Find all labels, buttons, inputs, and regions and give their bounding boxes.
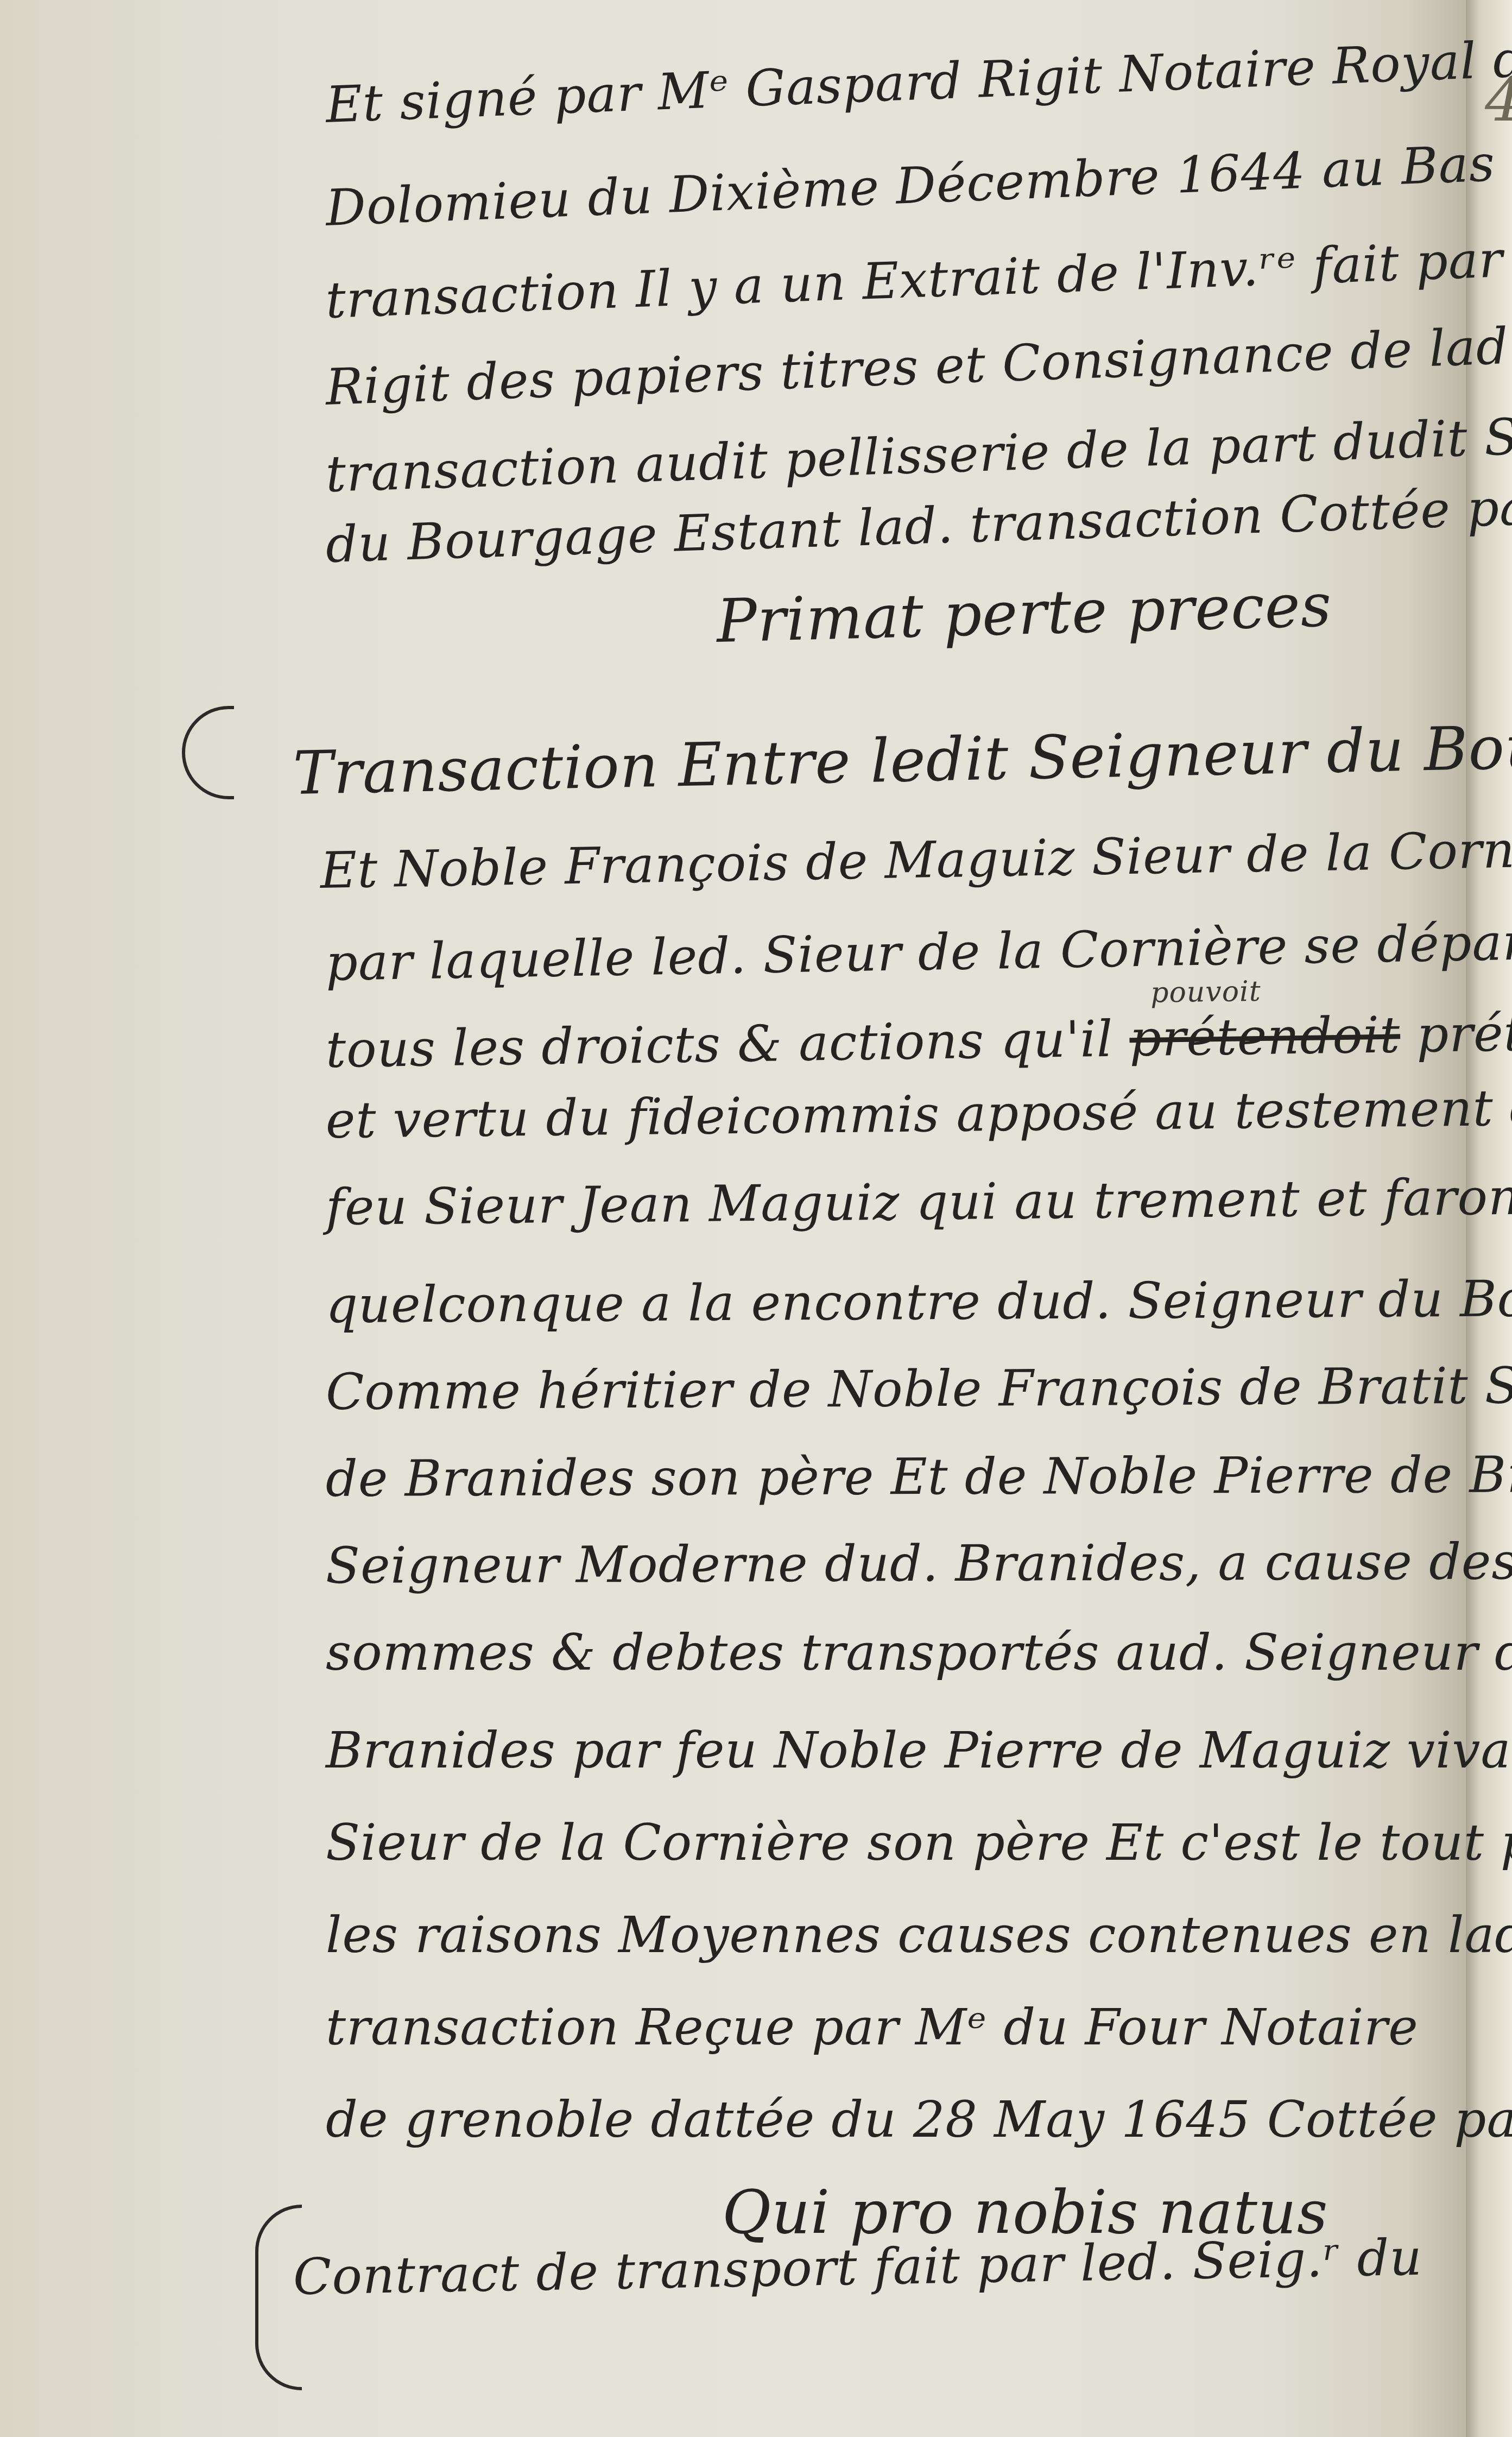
text-line: Branides par feu Noble Pierre de Maguiz … (326, 1721, 1512, 1779)
inserted-word: pouvoit (1150, 975, 1261, 1009)
text-line: de Branides son père Et de Noble Pierre … (326, 1445, 1512, 1508)
text-line: les raisons Moyennes causes contenues en… (326, 1906, 1512, 1964)
text-fragment: tous les droicts & actions qu'il (325, 1010, 1114, 1079)
text-line: feu Sieur Jean Maguiz qui au trement et … (326, 1168, 1512, 1236)
text-line: Sieur de la Cornière son père Et c'est l… (326, 1814, 1512, 1872)
text-line: et vertu du fideicommis apposé au testem… (325, 1078, 1512, 1150)
text-line: de grenoble dattée du 28 May 1645 Cottée… (326, 2091, 1512, 2149)
text-line: Seigneur Moderne dud. Branides, a cause … (326, 1532, 1512, 1595)
text-line: quelconque a la encontre dud. Seigneur d… (326, 1269, 1512, 1334)
correction: pouvoit prétendoit (1129, 1006, 1417, 1068)
text-line: transaction Reçue par Mᵉ du Four Notaire (326, 1998, 1419, 2056)
text-fragment: prétendre (1416, 1002, 1512, 1064)
text-line: Comme héritier de Noble François de Brat… (326, 1356, 1512, 1421)
text-line: sommes & debtes transportés aud. Seigneu… (326, 1624, 1512, 1682)
struck-word: prétendoit (1129, 1006, 1401, 1068)
